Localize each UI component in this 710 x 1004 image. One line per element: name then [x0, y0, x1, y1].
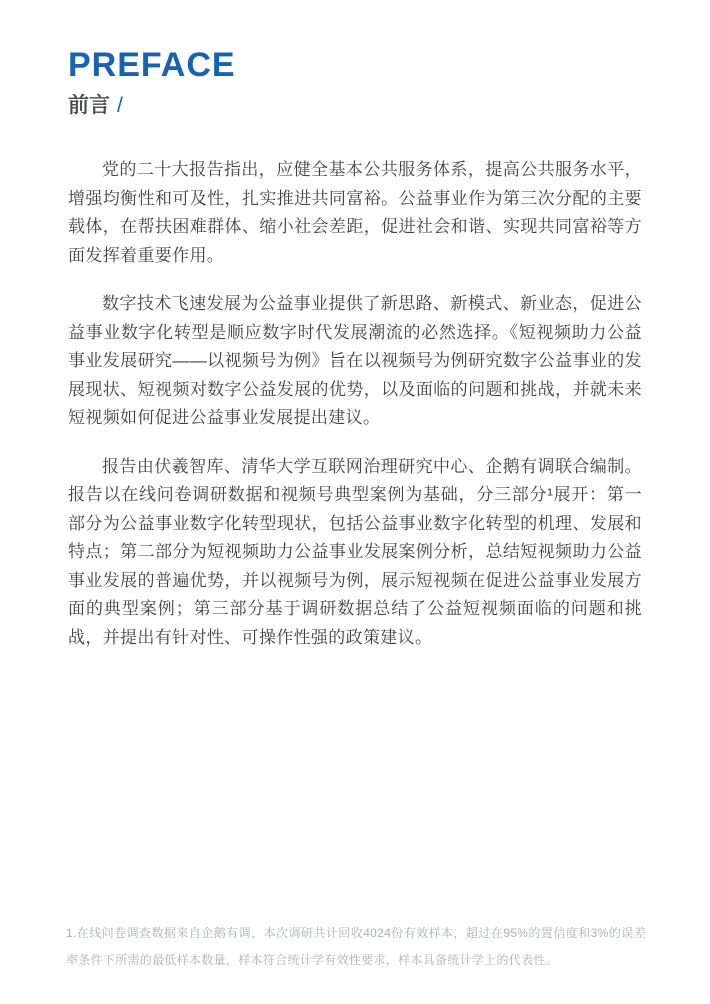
- paragraph-3: 报告由伏羲智库、清华大学互联网治理研究中心、企鹅有调联合编制。报告以在线问卷调研…: [68, 453, 642, 653]
- page-subtitle: 前言/: [68, 93, 642, 119]
- preface-page: PREFACE 前言/ 党的二十大报告指出，应健全基本公共服务体系，提高公共服务…: [0, 0, 710, 1004]
- subtitle-slash-mark: /: [117, 94, 123, 117]
- paragraph-1: 党的二十大报告指出，应健全基本公共服务体系，提高公共服务水平，增强均衡性和可及性…: [68, 156, 642, 270]
- paragraph-2: 数字技术飞速发展为公益事业提供了新思路、新模式、新业态，促进公益事业数字化转型是…: [68, 290, 642, 433]
- page-content: PREFACE 前言/ 党的二十大报告指出，应健全基本公共服务体系，提高公共服务…: [0, 46, 710, 652]
- page-subtitle-chinese: 前言: [68, 94, 110, 117]
- preface-body: 党的二十大报告指出，应健全基本公共服务体系，提高公共服务水平，增强均衡性和可及性…: [68, 156, 642, 652]
- page-header: PREFACE 前言/: [68, 46, 642, 119]
- page-title-english: PREFACE: [68, 46, 642, 84]
- footnote: 1.在线问卷调查数据来自企鹅有调，本次调研共计回收4024份有效样本，超过在95…: [66, 920, 646, 974]
